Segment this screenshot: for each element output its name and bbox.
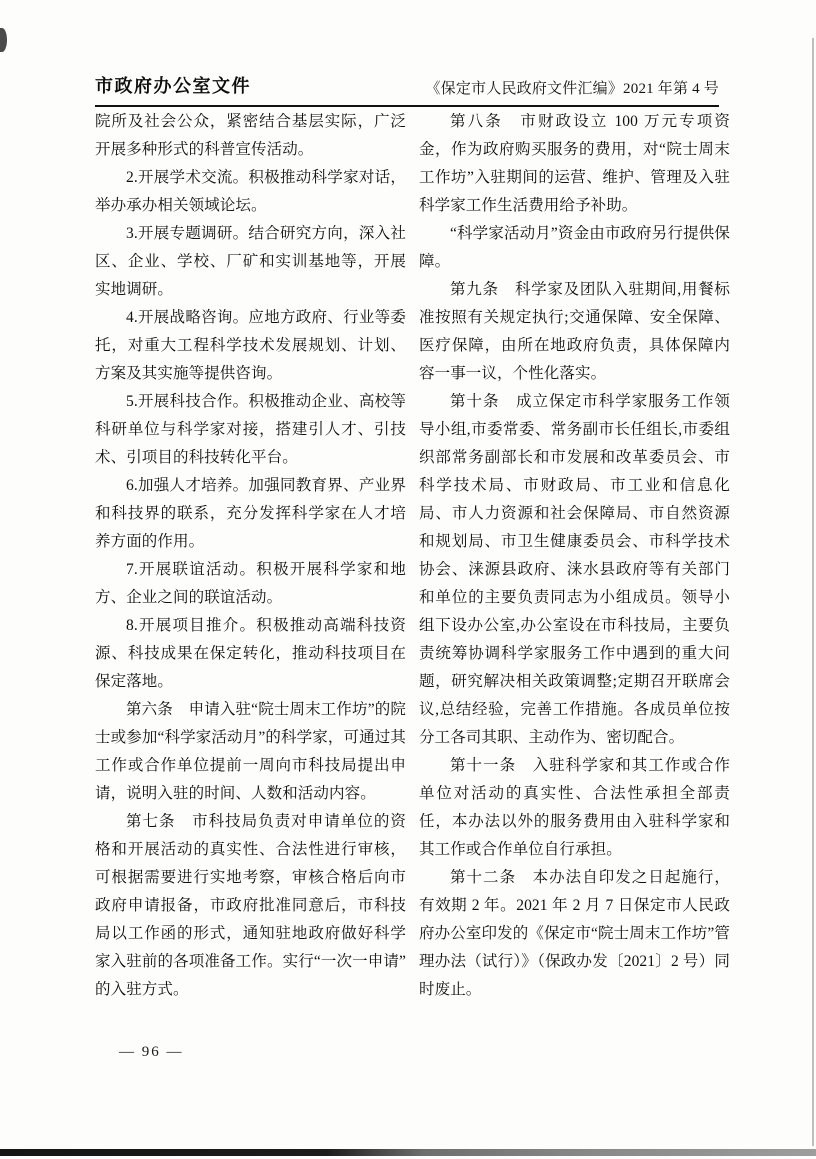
header-right-title: 《保定市人民政府文件汇编》2021 年第 4 号 bbox=[425, 77, 719, 98]
document-body: 院所及社会公众，紧密结合基层实际，广泛开展多种形式的科普宣传活动。2.开展学术交… bbox=[95, 108, 730, 1004]
scan-right-edge-line bbox=[812, 38, 814, 1146]
paragraph: 第十二条 本办法自印发之日起施行，有效期 2 年。2021 年 2 月 7 日保… bbox=[419, 864, 730, 1004]
right-column: 第八条 市财政设立 100 万元专项资金，作为政府购买服务的费用，对“院士周末工… bbox=[419, 108, 730, 1004]
paragraph: 第六条 申请入驻“院士周末工作坊”的院士或参加“科学家活动月”的科学家，可通过其… bbox=[95, 696, 406, 808]
paragraph: 6.加强人才培养。加强同教育界、产业界和科技界的联系，充分发挥科学家在人才培养方… bbox=[95, 472, 406, 556]
paragraph: 第七条 市科技局负责对申请单位的资格和开展活动的真实性、合法性进行审核，可根据需… bbox=[95, 808, 406, 1004]
paragraph: 第十条 成立保定市科学家服务工作领导小组,市委常委、常务副市长任组长,市委组织部… bbox=[419, 388, 730, 752]
scanned-document-page: 市政府办公室文件 《保定市人民政府文件汇编》2021 年第 4 号 院所及社会公… bbox=[0, 0, 816, 1159]
page-number: — 96 — bbox=[119, 1044, 184, 1061]
scan-corner-smudge bbox=[0, 28, 7, 52]
paragraph: 5.开展科技合作。积极推动企业、高校等科研单位与科学家对接，搭建引人才、引技术、… bbox=[95, 388, 406, 472]
paragraph: “科学家活动月”资金由市政府另行提供保障。 bbox=[419, 220, 730, 276]
paragraph: 第九条 科学家及团队入驻期间,用餐标准按照有关规定执行;交通保障、安全保障、医疗… bbox=[419, 276, 730, 388]
paragraph: 8.开展项目推介。积极推动高端科技资源、科技成果在保定转化，推动科技项目在保定落… bbox=[95, 612, 406, 696]
paragraph: 第十一条 入驻科学家和其工作或合作单位对活动的真实性、合法性承担全部责任，本办法… bbox=[419, 752, 730, 864]
paragraph: 3.开展专题调研。结合研究方向，深入社区、企业、学校、厂矿和实训基地等，开展实地… bbox=[95, 220, 406, 304]
paragraph: 2.开展学术交流。积极推动科学家对话，举办承办相关领域论坛。 bbox=[95, 164, 406, 220]
paragraph: 4.开展战略咨询。应地方政府、行业等委托，对重大工程科学技术发展规划、计划、方案… bbox=[95, 304, 406, 388]
header-left-title: 市政府办公室文件 bbox=[95, 72, 251, 98]
paragraph: 第八条 市财政设立 100 万元专项资金，作为政府购买服务的费用，对“院士周末工… bbox=[419, 108, 730, 220]
page-header: 市政府办公室文件 《保定市人民政府文件汇编》2021 年第 4 号 bbox=[95, 72, 719, 107]
scan-bottom-shadow bbox=[0, 1149, 816, 1156]
paragraph: 院所及社会公众，紧密结合基层实际，广泛开展多种形式的科普宣传活动。 bbox=[95, 108, 406, 164]
left-column: 院所及社会公众，紧密结合基层实际，广泛开展多种形式的科普宣传活动。2.开展学术交… bbox=[95, 108, 406, 1004]
paragraph: 7.开展联谊活动。积极开展科学家和地方、企业之间的联谊活动。 bbox=[95, 556, 406, 612]
